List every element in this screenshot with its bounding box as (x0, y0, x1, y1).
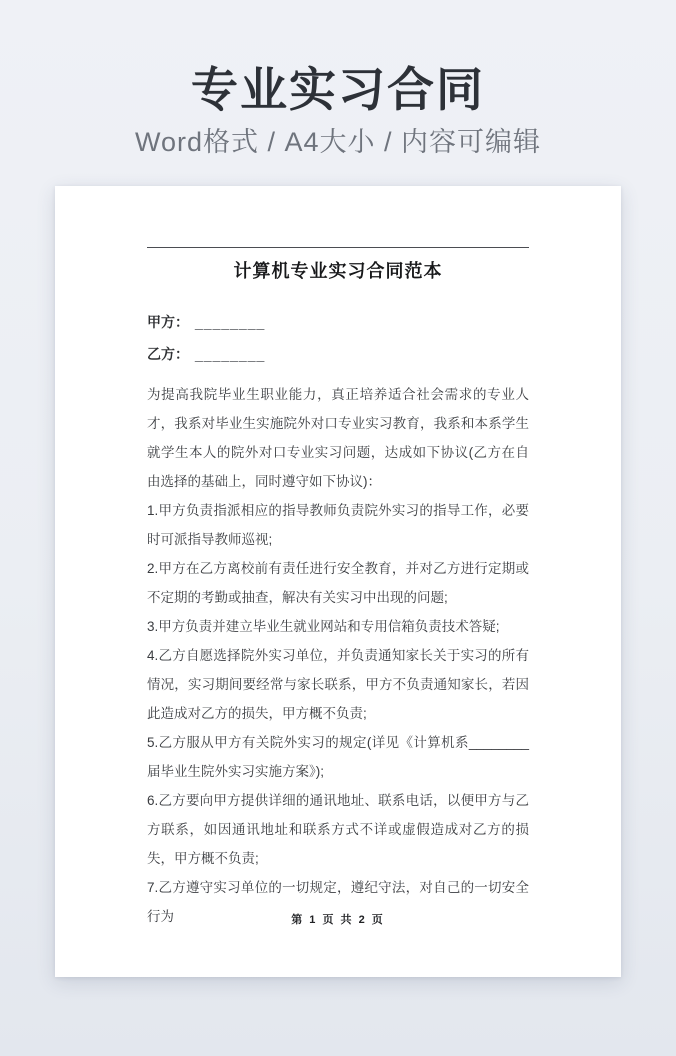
party-b-label: 乙方： (147, 346, 189, 362)
page-background: { "header": { "title": "专业实习合同", "subtit… (0, 0, 676, 1056)
contract-clause-2: 2.甲方在乙方离校前有责任进行安全教育，并对乙方进行定期或不定期的考勤或抽查，解… (147, 554, 529, 612)
contract-clause-5: 5.乙方服从甲方有关院外实习的规定(详见《计算机系________届毕业生院外实… (147, 728, 529, 786)
party-b-blank: ________ (195, 346, 265, 362)
contract-clause-3: 3.甲方负责并建立毕业生就业网站和专用信箱负责技术答疑; (147, 612, 529, 641)
party-a-blank: ________ (195, 314, 265, 330)
document-divider (147, 247, 529, 248)
party-b-line: 乙方：________ (147, 338, 529, 370)
document-page: 计算机专业实习合同范本 甲方：________ 乙方：________ 为提高我… (55, 186, 621, 977)
promo-subtitle: Word格式 / A4大小 / 内容可编辑 (0, 126, 676, 158)
intro-paragraph: 为提高我院毕业生职业能力，真正培养适合社会需求的专业人才，我系对毕业生实施院外对… (147, 380, 529, 496)
promo-header: 专业实习合同 Word格式 / A4大小 / 内容可编辑 (0, 0, 676, 158)
contract-clause-6: 6.乙方要向甲方提供详细的通讯地址、联系电话，以便甲方与乙方联系，如因通讯地址和… (147, 786, 529, 873)
party-a-label: 甲方： (147, 314, 189, 330)
contract-clause-1: 1.甲方负责指派相应的指导教师负责院外实习的指导工作，必要时可派指导教师巡视; (147, 496, 529, 554)
document-title: 计算机专业实习合同范本 (147, 258, 529, 284)
page-number: 第 1 页 共 2 页 (55, 911, 621, 927)
contract-body: 为提高我院毕业生职业能力，真正培养适合社会需求的专业人才，我系对毕业生实施院外对… (147, 380, 529, 931)
promo-title: 专业实习合同 (0, 64, 676, 116)
contract-clause-4: 4.乙方自愿选择院外实习单位，并负责通知家长关于实习的所有情况，实习期间要经常与… (147, 641, 529, 728)
party-a-line: 甲方：________ (147, 306, 529, 338)
